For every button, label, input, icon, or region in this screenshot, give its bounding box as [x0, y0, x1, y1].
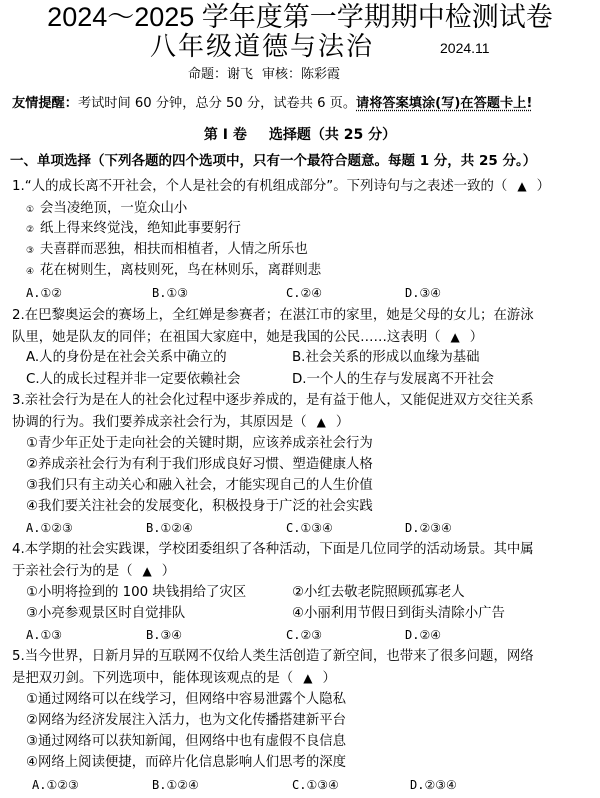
question-number: 1.: [12, 179, 25, 194]
statement-marker: ①: [26, 200, 40, 220]
statement-text: 通过网络可以获知新闻，但网络中也有虚假不良信息: [38, 734, 346, 749]
statement-text: 小丽利用节假日到街头清除小广告: [304, 606, 505, 621]
question-text-end: ）: [336, 415, 349, 430]
statement-item: ④小丽利用节假日到街头清除小广告: [292, 604, 505, 624]
question-number: 4.: [12, 542, 25, 557]
question-text: 在巴黎奥运会的赛场上，全红婵是参赛者；在湛江市的家里，她是父母的女儿；在游泳: [25, 308, 534, 323]
statement-marker: ③: [26, 606, 38, 621]
choice-b: B.①②④: [152, 775, 199, 795]
question-text: 队里，她是队友的同伴；在祖国大家庭中，她是我国的公民……这表明（: [12, 330, 441, 345]
statement-item: ③通过网络可以获知新闻，但网络中也有虚假不良信息: [26, 732, 346, 752]
statement-text: 小亮参观景区时自觉排队: [38, 606, 185, 621]
choice-a: A.①②③: [32, 775, 79, 795]
statement-marker: ②: [26, 457, 38, 472]
question-text-end: ）: [470, 330, 483, 345]
statement-text: 花在树则生，离枝则死，鸟在林则乐，离群则悲: [40, 263, 321, 278]
question-2-stem-cont: 队里，她是队友的同伴；在祖国大家庭中，她是我国的公民……这表明（▲）: [12, 327, 483, 348]
question-text-end: ）: [537, 179, 550, 194]
statement-item: ④花在树则生，离枝则死，鸟在林则乐，离群则悲: [26, 261, 321, 282]
question-number: 5.: [12, 649, 25, 664]
statement-item: ②小红去敬老院照顾孤寡老人: [292, 583, 465, 603]
volume-label: 第 Ⅰ 卷: [204, 127, 247, 143]
question-text: 本学期的社会实践课，学校团委组织了各种活动，下面是几位同学的活动场景。其中属: [25, 542, 534, 557]
reminder-label: 友情提醒：: [12, 96, 78, 111]
choice-a: A.人的身份是在社会关系中确立的: [26, 348, 227, 368]
statement-item: ④我们要关注社会的发展变化，积极投身于广泛的社会实践: [26, 497, 373, 517]
statement-item: ②网络为经济发展注入活力，也为文化传播搭建新平台: [26, 711, 346, 731]
choice-b: B.①③: [152, 283, 188, 303]
question-text: 当今世界，日新月异的互联网不仅给人类生活创造了新空间，也带来了很多问题，网络: [25, 649, 534, 664]
question-number: 3.: [12, 393, 25, 408]
part-title: 第 Ⅰ 卷选择题（共 25 分）: [0, 126, 600, 144]
choice-b: B.③④: [146, 625, 182, 645]
reviewer-label: 审核：陈彩霞: [262, 67, 340, 83]
answer-blank-triangle-icon: ▲: [317, 412, 326, 432]
choice-a: A.①②③: [26, 518, 73, 538]
section-title: 一、单项选择（下列各题的四个选项中，只有一个最符合题意。每题 1 分，共 25 …: [10, 152, 536, 170]
answer-blank-triangle-icon: ▲: [303, 668, 312, 688]
exam-date: 2024.11: [440, 40, 490, 56]
statement-text: 小明将捡到的 100 块钱捐给了灾区: [38, 585, 246, 600]
statement-marker: ④: [26, 755, 38, 770]
exam-page: 2024～2025 学年度第一学期期中检测试卷 八年级道德与法治 2024.11…: [0, 0, 600, 798]
statement-marker: ③: [26, 241, 40, 261]
choice-c: C.②③: [286, 625, 322, 645]
statement-marker: ②: [26, 713, 38, 728]
statement-text: 我们要关注社会的发展变化，积极投身于广泛的社会实践: [38, 499, 373, 514]
choice-b: B.社会关系的形成以血缘为基础: [292, 348, 480, 368]
question-3-stem-cont: 协调的行为。我们要养成亲社会行为，其原因是（▲）: [12, 412, 349, 433]
subject-title: 八年级道德与法治: [150, 32, 374, 62]
choice-d: D.③④: [405, 283, 441, 303]
question-4-stem: 4.本学期的社会实践课，学校团委组织了各种活动，下面是几位同学的活动场景。其中属: [12, 540, 534, 560]
statement-text: 会当凌绝顶，一览众山小: [40, 201, 187, 216]
question-1-stem: 1.“人的成长离不开社会，个人是社会的有机组成部分”。下列诗句与之表述一致的（▲…: [12, 176, 550, 197]
question-number: 2.: [12, 308, 25, 323]
choice-b: B.①②④: [146, 518, 193, 538]
choice-c: C.①③④: [292, 775, 339, 795]
statement-item: ③夫喜群而恶独，相扶而相植者，人情之所乐也: [26, 240, 308, 261]
exam-title: 2024～2025 学年度第一学期期中检测试卷: [0, 2, 600, 32]
choice-d: D.②③④: [410, 775, 457, 795]
statement-marker: ③: [26, 478, 38, 493]
choice-a: A.①②: [26, 283, 62, 303]
question-text: 是把双刃剑。下列选项中，能体现该观点的是（: [12, 671, 293, 686]
statement-item: ①青少年正处于走向社会的关键时期，应该养成亲社会行为: [26, 434, 373, 454]
question-4-stem-cont: 于亲社会行为的是（▲）: [12, 561, 175, 582]
statement-text: 我们只有主动关心和融入社会，才能实现自己的人生价值: [38, 478, 373, 493]
reminder-text: 考试时间 60 分钟，总分 50 分，试卷共 6 页。: [78, 96, 356, 111]
statement-marker: ①: [26, 585, 38, 600]
question-5-stem: 5.当今世界，日新月异的互联网不仅给人类生活创造了新空间，也带来了很多问题，网络: [12, 647, 534, 667]
statement-item: ②纸上得来终觉浅，绝知此事要躬行: [26, 219, 241, 240]
statement-marker: ③: [26, 734, 38, 749]
statement-text: 小红去敬老院照顾孤寡老人: [304, 585, 465, 600]
statement-text: 夫喜群而恶独，相扶而相植者，人情之所乐也: [40, 242, 308, 257]
statement-marker: ④: [26, 499, 38, 514]
question-text: 于亲社会行为的是（: [12, 564, 133, 579]
question-text: 亲社会行为是在人的社会化过程中逐步养成的，是有益于他人，又能促进双方交往关系: [25, 393, 534, 408]
author-label: 命题：谢飞: [188, 67, 253, 83]
choice-c: C.人的成长过程并非一定要依赖社会: [26, 370, 240, 390]
statement-marker: ②: [26, 220, 40, 240]
question-3-stem: 3.亲社会行为是在人的社会化过程中逐步养成的，是有益于他人，又能促进双方交往关系: [12, 391, 534, 411]
question-text: “人的成长离不开社会，个人是社会的有机组成部分”。下列诗句与之表述一致的（: [25, 179, 508, 194]
statement-text: 网络上阅读便捷，而碎片化信息影响人们思考的深度: [38, 755, 346, 770]
choice-c: C.②④: [286, 283, 322, 303]
statement-text: 纸上得来终觉浅，绝知此事要躬行: [40, 221, 241, 236]
question-text: 协调的行为。我们要养成亲社会行为，其原因是（: [12, 415, 307, 430]
reminder-emphasis: 请将答案填涂(写)在答题卡上!: [356, 96, 532, 111]
question-text-end: ）: [162, 564, 175, 579]
statement-item: ③我们只有主动关心和融入社会，才能实现自己的人生价值: [26, 476, 373, 496]
statement-item: ②养成亲社会行为有利于我们形成良好习惯、塑造健康人格: [26, 455, 373, 475]
statement-item: ④网络上阅读便捷，而碎片化信息影响人们思考的深度: [26, 753, 346, 773]
answer-blank-triangle-icon: ▲: [517, 176, 526, 196]
choice-a: A.①③: [26, 625, 62, 645]
statement-marker: ④: [26, 262, 40, 282]
answer-blank-triangle-icon: ▲: [143, 561, 152, 581]
statement-text: 通过网络可以在线学习，但网络中容易泄露个人隐私: [38, 692, 346, 707]
question-2-stem: 2.在巴黎奥运会的赛场上，全红婵是参赛者；在湛江市的家里，她是父母的女儿；在游泳: [12, 306, 534, 326]
choice-d: D.②④: [405, 625, 441, 645]
statement-marker: ①: [26, 436, 38, 451]
statement-item: ①小明将捡到的 100 块钱捐给了灾区: [26, 583, 246, 603]
statement-item: ③小亮参观景区时自觉排队: [26, 604, 185, 624]
friendly-reminder: 友情提醒：考试时间 60 分钟，总分 50 分，试卷共 6 页。请将答案填涂(写…: [12, 96, 532, 112]
part-heading: 选择题（共 25 分）: [269, 127, 396, 143]
statement-marker: ②: [292, 585, 304, 600]
question-text-end: ）: [322, 671, 335, 686]
statement-text: 网络为经济发展注入活力，也为文化传播搭建新平台: [38, 713, 346, 728]
choice-d: D.②③④: [405, 518, 452, 538]
choice-d: D.一个人的生存与发展离不开社会: [292, 370, 494, 390]
answer-blank-triangle-icon: ▲: [451, 327, 460, 347]
choice-c: C.①③④: [286, 518, 333, 538]
statement-text: 养成亲社会行为有利于我们形成良好习惯、塑造健康人格: [38, 457, 373, 472]
statement-marker: ①: [26, 692, 38, 707]
statement-marker: ④: [292, 606, 304, 621]
statement-text: 青少年正处于走向社会的关键时期，应该养成亲社会行为: [38, 436, 373, 451]
question-5-stem-cont: 是把双刃剑。下列选项中，能体现该观点的是（▲）: [12, 668, 336, 689]
statement-item: ①通过网络可以在线学习，但网络中容易泄露个人隐私: [26, 690, 346, 710]
statement-item: ①会当凌绝顶，一览众山小: [26, 199, 187, 220]
